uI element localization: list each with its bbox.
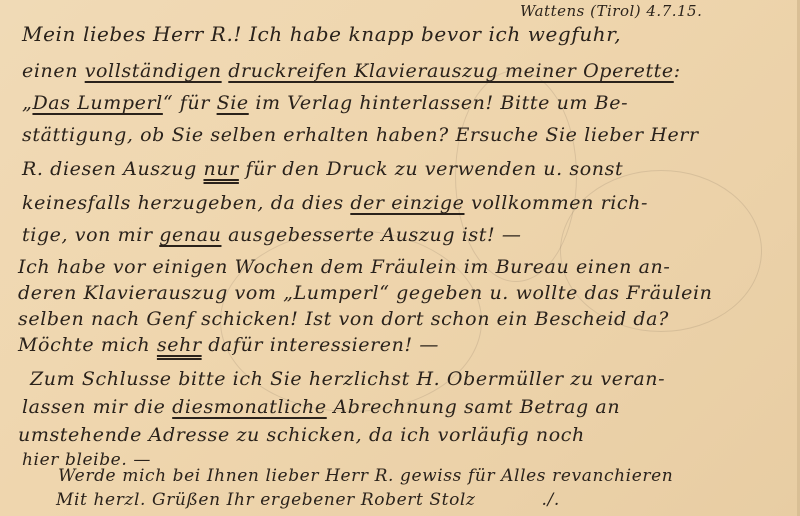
letter-line: Möchte mich sehr dafür interessieren! — [18, 334, 790, 356]
closing-line: Mit herzl. Grüßen Ihr ergebener Robert S… [56, 490, 790, 510]
letter-line: keinesfalls herzugeben, da dies der einz… [22, 192, 790, 214]
letter-line: Ich habe vor einigen Wochen dem Fräulein… [18, 256, 790, 278]
letter-line: umstehende Adresse zu schicken, da ich v… [18, 424, 790, 446]
letter-line: lassen mir die diesmonatliche Abrechnung… [22, 396, 790, 418]
closing-line: Werde mich bei Ihnen lieber Herr R. gewi… [58, 466, 790, 486]
letter-line: Mein liebes Herr R.! Ich habe knapp bevo… [22, 22, 790, 46]
letter-line: einen vollständigen druckreifen Klaviera… [22, 60, 790, 82]
postcard: Wattens (Tirol) 4.7.15. Mein liebes Herr… [0, 0, 800, 516]
letter-line: R. diesen Auszug nur für den Druck zu ve… [22, 158, 790, 180]
closing-mark: ./. [542, 490, 560, 510]
letter-line: tige, von mir genau ausgebesserte Auszug… [22, 224, 790, 246]
place-date: Wattens (Tirol) 4.7.15. [520, 2, 702, 20]
letter-line: deren Klavierauszug vom „Lumperl“ gegebe… [18, 282, 790, 304]
letter-line: Zum Schlusse bitte ich Sie herzlichst H.… [30, 368, 790, 390]
letter-line: „Das Lumperl“ für Sie im Verlag hinterla… [22, 92, 790, 114]
letter-line: selben nach Genf schicken! Ist von dort … [18, 308, 790, 330]
letter-line: stättigung, ob Sie selben erhalten haben… [22, 124, 790, 146]
